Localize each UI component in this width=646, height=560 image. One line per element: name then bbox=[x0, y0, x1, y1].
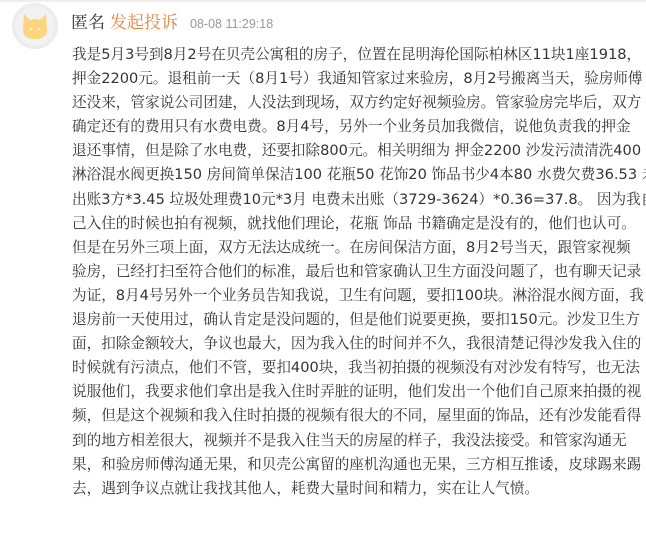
content-line: 果，和验房师傅沟通无果，和贝壳公寓留的座机沟通也无果，三方相互推诿，皮球踢来踢 bbox=[72, 453, 640, 477]
post-timestamp: 08-08 11:29:18 bbox=[190, 17, 273, 31]
content-line: 出账3方*3.45 垃圾处理费10元*3月 电费未出账（3729-3624）*0… bbox=[72, 188, 640, 212]
author-name[interactable]: 匿名 bbox=[71, 8, 105, 33]
top-divider bbox=[0, 0, 646, 2]
content-line: 到的地方相差很大，视频并不是我入住当天的房屋的样子，我没法接受。和管家沟通无 bbox=[72, 429, 640, 453]
content-line: 为证，8月4号另外一个业务员告知我说，卫生有问题，要扣100块。淋浴混水阀方面，… bbox=[72, 284, 640, 308]
post-content: 我是5月3号到8月2号在贝壳公寓租的房子，位置在昆明海伦国际柏林区11块1座19… bbox=[72, 43, 640, 501]
content-line: 但是在另外三项上面，双方无法达成统一。在房间保洁方面，8月2号当天，跟管家视频 bbox=[72, 236, 640, 260]
content-line: 我是5月3号到8月2号在贝壳公寓租的房子，位置在昆明海伦国际柏林区11块1座19… bbox=[72, 43, 640, 67]
content-line: 退房前一天使用过，确认肯定是没问题的，但是他们说要更换，要扣150元。沙发卫生方 bbox=[72, 308, 640, 332]
content-line: 说服他们，我要求他们拿出是我入住时弄脏的证明，他们发出一个他们自己原来拍摄的视 bbox=[72, 380, 640, 404]
content-line: 淋浴混水阀更换150 房间简单保洁100 花瓶50 花饰20 饰品书少4本80 … bbox=[72, 163, 640, 187]
content-line: 频，但是这个视频和我入住时拍摄的视频有很大的不同，屋里面的饰品，还有沙发能看得 bbox=[72, 404, 640, 428]
complaint-action-label: 发起投诉 bbox=[110, 8, 178, 33]
content-line: 还没来，管家说公司团建，人没法到现场，双方约定好视频验房。管家验房完毕后，双方 bbox=[72, 91, 640, 115]
content-line: 验房，已经打扫至符合他们的标准，最后也和管家确认卫生方面没问题了，也有聊天记录 bbox=[72, 260, 640, 284]
content-line: 时候就有污渍点，他们不管，要扣400块，我当初拍摄的视频没有对沙发有特写，也无法 bbox=[72, 356, 640, 380]
content-line: 押金2200元。退租前一天（8月1号）我通知管家过来验房，8月2号搬离当天，验房… bbox=[72, 67, 640, 91]
avatar[interactable] bbox=[12, 3, 58, 49]
content-line: 面，扣除金额较大，争议也最大，因为我入住的时间并不久，我很清楚记得沙发我入住的 bbox=[72, 332, 640, 356]
content-line: 去，遇到争议点就让我找其他人，耗费大量时间和精力，实在让人气愤。 bbox=[72, 477, 640, 501]
post-header: 匿名 发起投诉 08-08 11:29:18 bbox=[71, 8, 273, 32]
content-line: 确定还有的费用只有水费电费。8月4号，另外一个业务员加我微信，说他负责我的押金 bbox=[72, 115, 640, 139]
content-line: 退还事情，但是除了水电费，还要扣除800元。相关明细为 押金2200 沙发污渍清… bbox=[72, 139, 640, 163]
content-line: 己入住的时候也拍有视频，就找他们理论，花瓶 饰品 书籍确定是没有的，他们也认可。 bbox=[72, 212, 640, 236]
cat-avatar-icon bbox=[19, 10, 51, 42]
